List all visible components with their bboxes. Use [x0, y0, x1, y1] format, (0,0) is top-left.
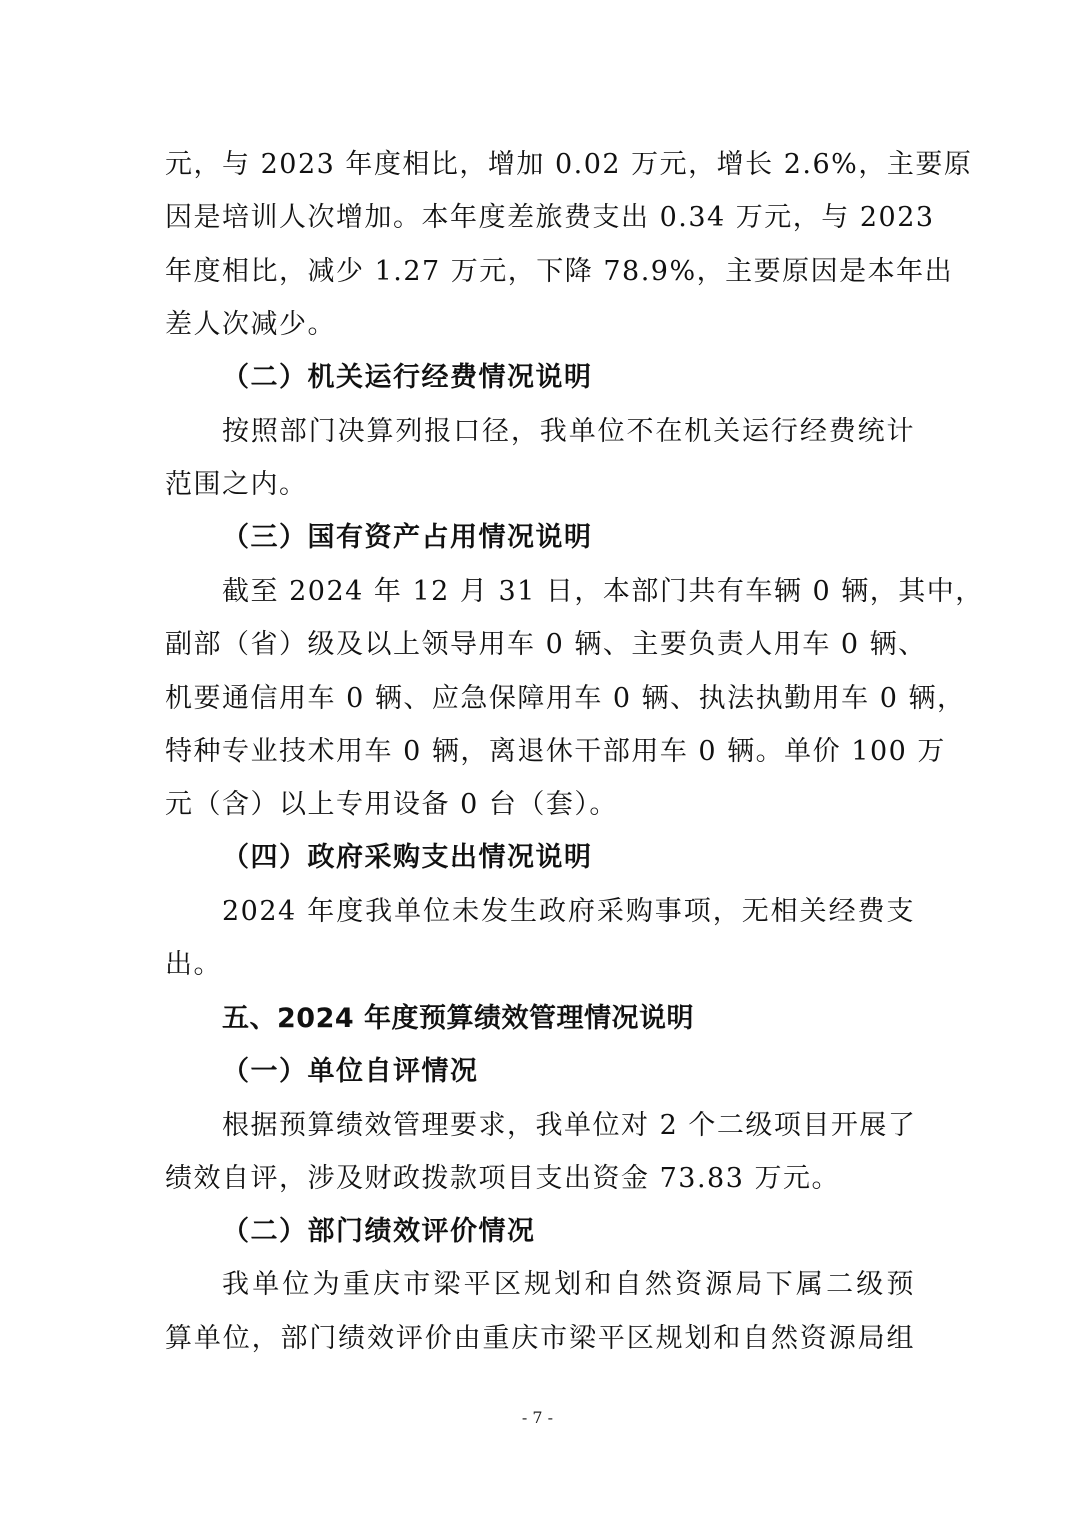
section-heading-state-assets: （三）国有资产占用情况说明 [222, 518, 593, 558]
body-text-line: 元（含）以上专用设备 0 台（套）。 [165, 785, 915, 825]
body-text-line: 元，与 2023 年度相比，增加 0.02 万元，增长 2.6%，主要原 [165, 145, 915, 185]
page-number: - 7 - [0, 1408, 1075, 1427]
body-text-line: 特种专业技术用车 0 辆，离退休干部用车 0 辆。单价 100 万 [165, 732, 915, 772]
body-text-line: 差人次减少。 [165, 305, 915, 345]
body-text-line: 2024 年度我单位未发生政府采购事项，无相关经费支 [222, 892, 915, 932]
body-text-line: 算单位，部门绩效评价由重庆市梁平区规划和自然资源局组 [165, 1319, 915, 1359]
body-text-line: 绩效自评，涉及财政拨款项目支出资金 73.83 万元。 [165, 1159, 915, 1199]
body-text-line: 因是培训人次增加。本年度差旅费支出 0.34 万元，与 2023 [165, 198, 915, 238]
body-text-line: 副部（省）级及以上领导用车 0 辆、主要负责人用车 0 辆、 [165, 625, 915, 665]
body-text-line: 出。 [165, 945, 915, 985]
body-text-line: 按照部门决算列报口径，我单位不在机关运行经费统计 [222, 412, 915, 452]
body-text-line: 机要通信用车 0 辆、应急保障用车 0 辆、执法执勤用车 0 辆， [165, 679, 915, 719]
document-page: 元，与 2023 年度相比，增加 0.02 万元，增长 2.6%，主要原 因是培… [0, 0, 1075, 1520]
body-text-line: 截至 2024 年 12 月 31 日，本部门共有车辆 0 辆，其中， [222, 572, 915, 612]
body-text-line: 范围之内。 [165, 465, 915, 505]
section-heading-government-procurement: （四）政府采购支出情况说明 [222, 838, 593, 878]
section-heading-department-evaluation: （二）部门绩效评价情况 [222, 1212, 536, 1252]
body-text-line: 根据预算绩效管理要求，我单位对 2 个二级项目开展了 [222, 1106, 915, 1146]
body-text-line: 我单位为重庆市梁平区规划和自然资源局下属二级预 [222, 1265, 915, 1305]
section-heading-self-evaluation: （一）单位自评情况 [222, 1052, 479, 1092]
section-heading-operating-expenses: （二）机关运行经费情况说明 [222, 358, 593, 398]
chapter-heading-performance-management: 五、2024 年度预算绩效管理情况说明 [222, 999, 694, 1039]
body-text-line: 年度相比，减少 1.27 万元，下降 78.9%，主要原因是本年出 [165, 252, 915, 292]
